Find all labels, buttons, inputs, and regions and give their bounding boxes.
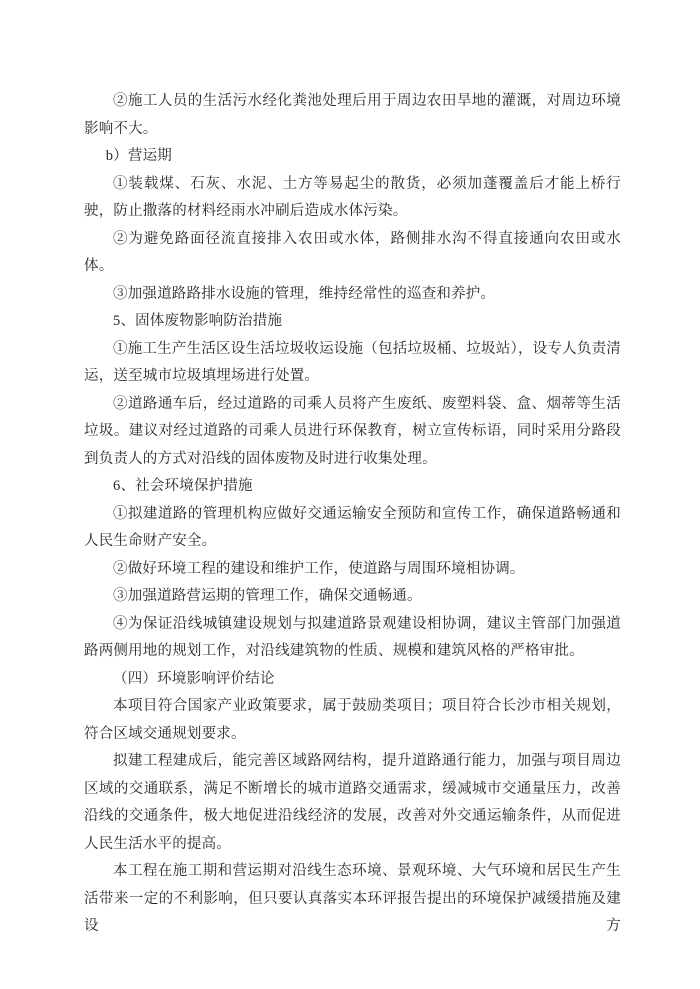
- paragraph-traffic-waste-education: ②道路通车后，经过道路的司乘人员将产生废纸、废塑料袋、盒、烟蒂等生活垃圾。建议对…: [84, 391, 621, 474]
- paragraph-construction-sewage: ②施工人员的生活污水经化粪池处理后用于周边农田旱地的灌溉，对周边环境影响不大。: [84, 88, 621, 143]
- heading-solid-waste-prevention-measures: 5、固体废物影响防治措施: [84, 308, 621, 336]
- paragraph-dust-cargo-cover: ①装载煤、石灰、水泥、土方等易起尘的散货，必须加蓬覆盖后才能上桥行驶，防止撒落的…: [84, 171, 621, 226]
- document-text-block: ②施工人员的生活污水经化粪池处理后用于周边农田旱地的灌溉，对周边环境影响不大。 …: [84, 88, 621, 941]
- paragraph-project-benefits: 拟建工程建成后，能完善区域路网结构，提升道路通行能力，加强与项目周边区域的交通联…: [84, 748, 621, 858]
- paragraph-roadside-planning-approval: ④为保证沿线城镇建设规划与拟建道路景观建设相协调，建议主管部门加强道路两侧用地的…: [84, 611, 621, 666]
- paragraph-traffic-safety-publicity: ①拟建道路的管理机构应做好交通运输安全预防和宣传工作，确保道路畅通和人民生命财产…: [84, 501, 621, 556]
- paragraph-adverse-impact-mitigation: 本工程在施工期和营运期对沿线生态环境、景观环境、大气环境和居民生产生活带来一定的…: [84, 858, 621, 941]
- paragraph-construction-garbage-collection: ①施工生产生活区设生活垃圾收运设施（包括垃圾桶、垃圾站），设专人负责清运，送至城…: [84, 336, 621, 391]
- heading-social-environment-protection: 6、社会环境保护措施: [84, 473, 621, 501]
- document-page: ②施工人员的生活污水经化粪池处理后用于周边农田旱地的灌溉，对周边环境影响不大。 …: [0, 0, 700, 989]
- paragraph-road-runoff-drainage: ②为避免路面径流直接排入农田或水体，路侧排水沟不得直接通向农田或水体。: [84, 226, 621, 281]
- paragraph-policy-compliance: 本项目符合国家产业政策要求，属于鼓励类项目；项目符合长沙市相关规划，符合区域交通…: [84, 693, 621, 748]
- heading-eia-conclusion: （四）环境影响评价结论: [84, 666, 621, 694]
- paragraph-drainage-facility-management: ③加强道路路排水设施的管理，维持经常性的巡查和养护。: [84, 281, 621, 309]
- paragraph-operation-management: ③加强道路营运期的管理工作，确保交通畅通。: [84, 583, 621, 611]
- subheading-operation-period: b）营运期: [84, 143, 621, 171]
- paragraph-environment-engineering-maintenance: ②做好环境工程的建设和维护工作，使道路与周围环境相协调。: [84, 556, 621, 584]
